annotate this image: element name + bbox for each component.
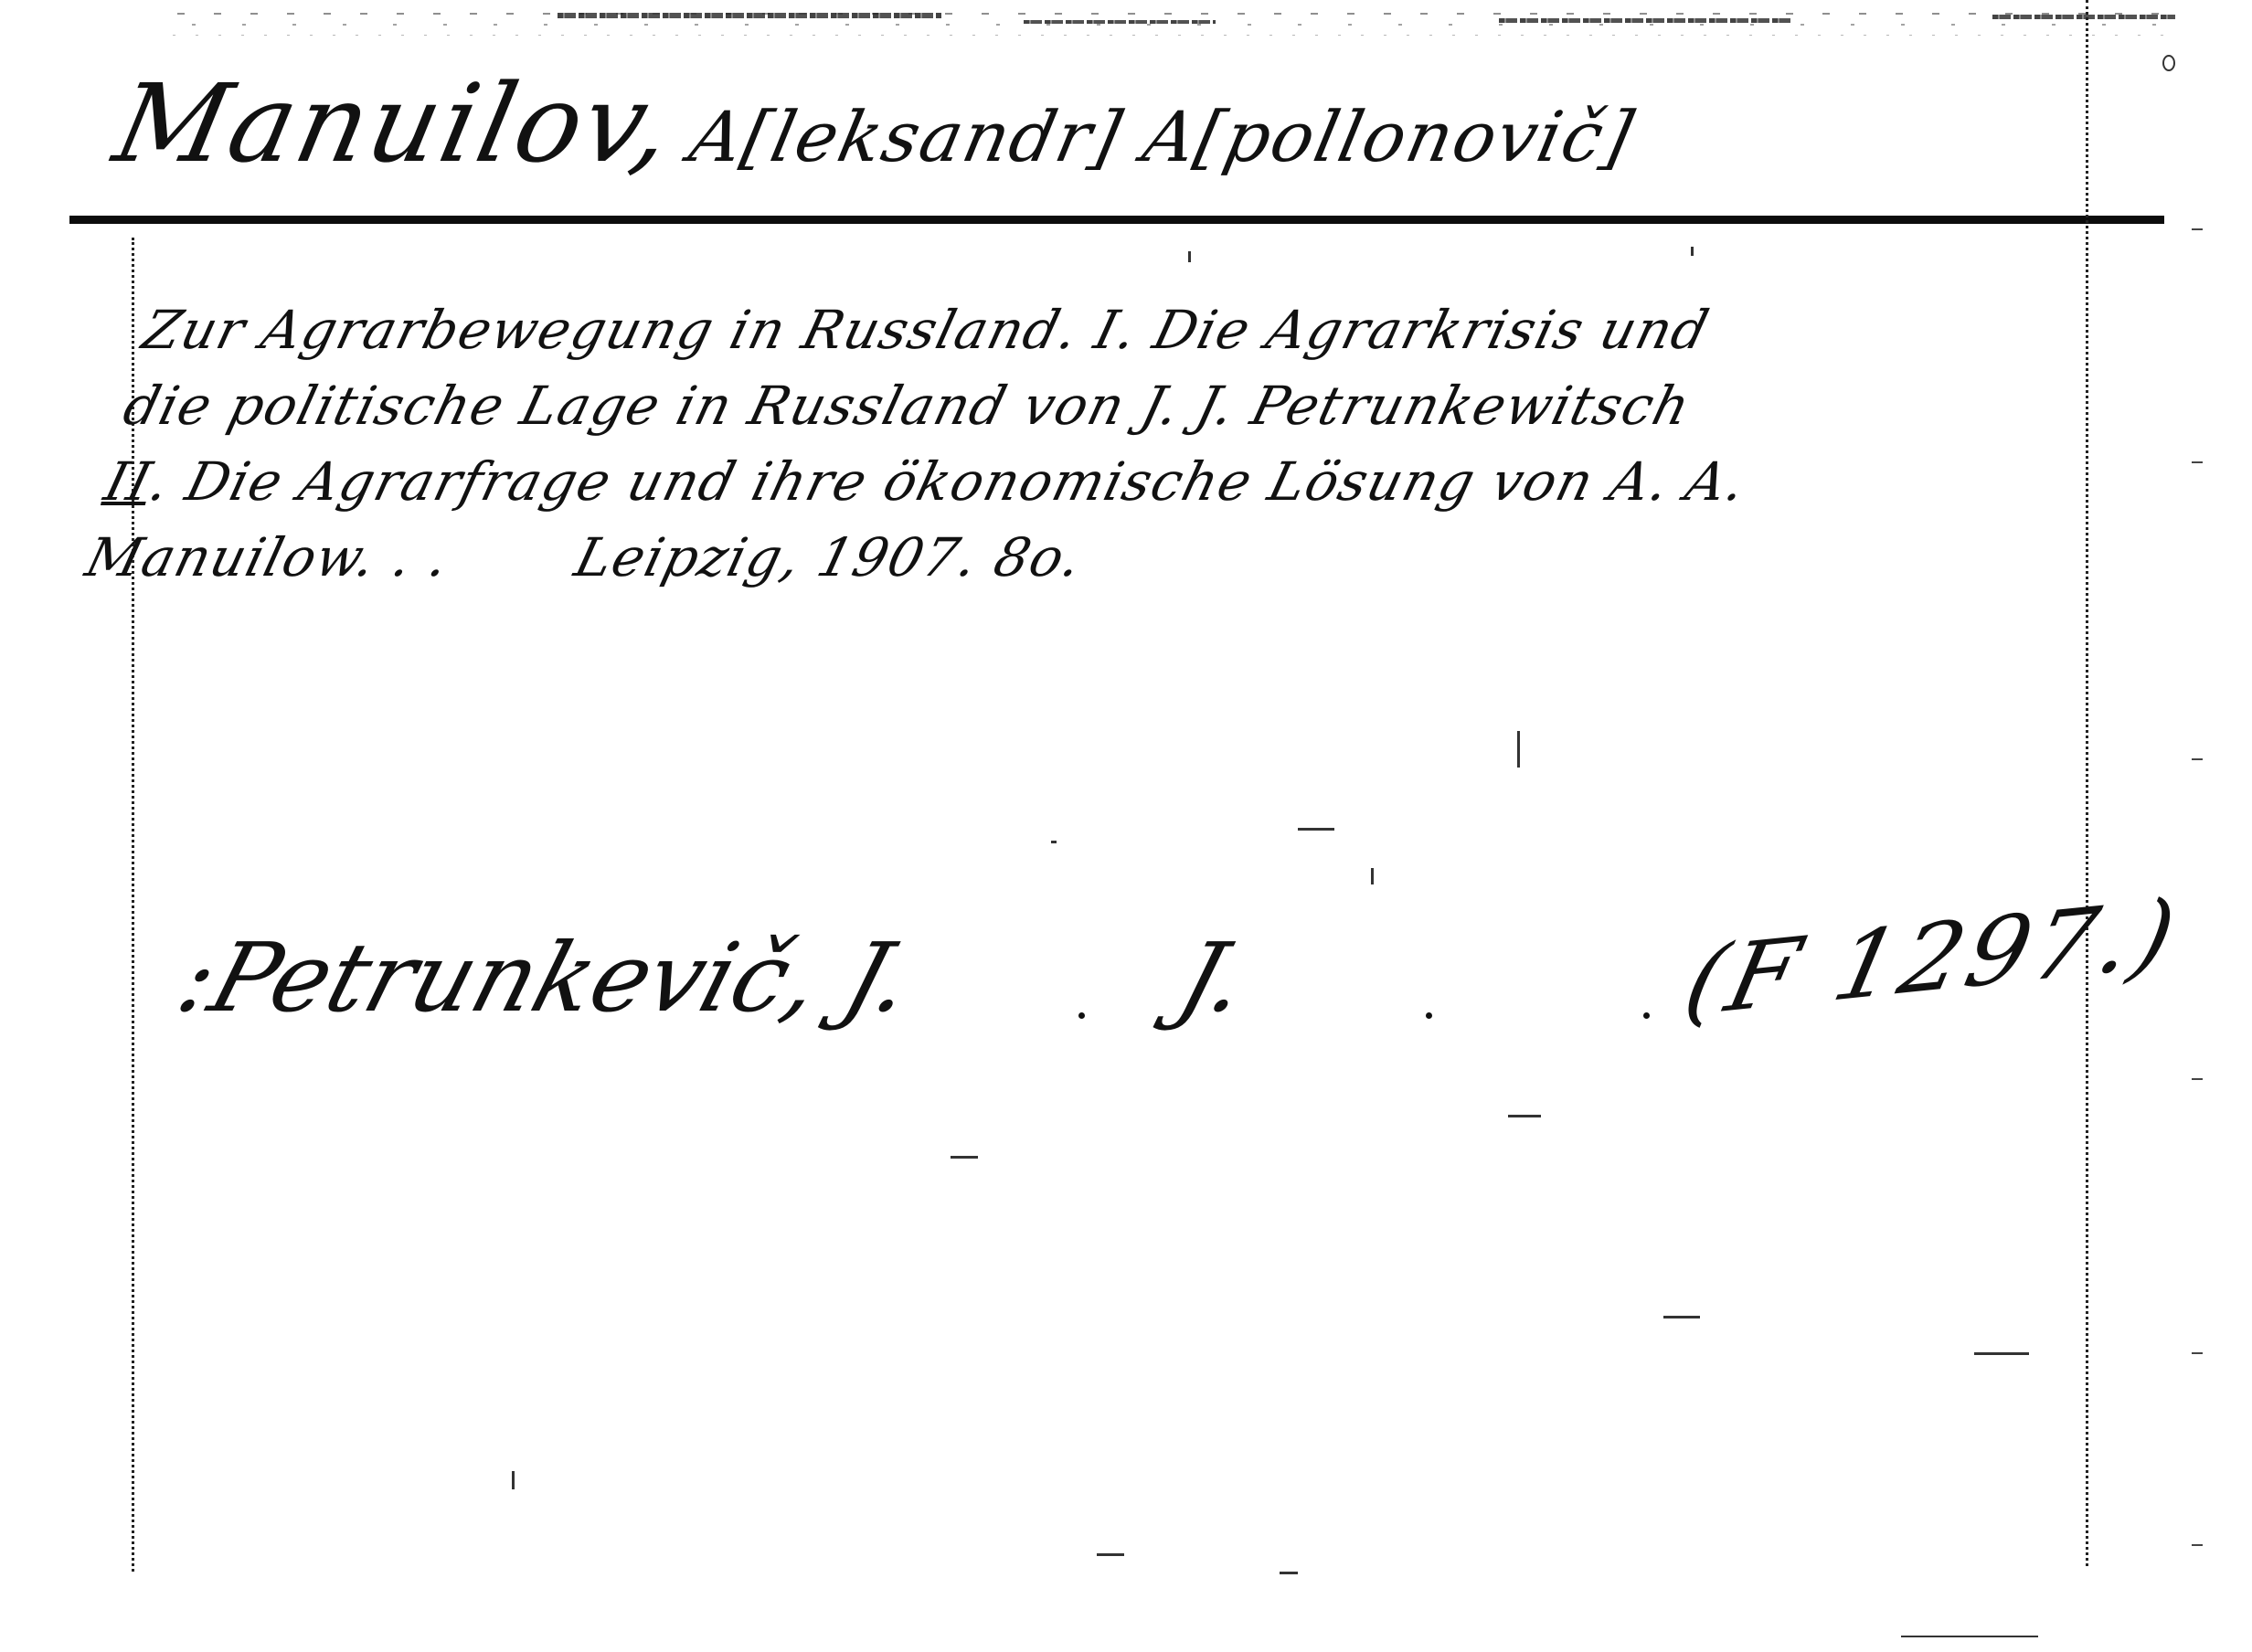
scan-speck	[512, 1471, 515, 1489]
title-line-3: II. Die Agrarfrage und ihre ökonomische …	[97, 444, 2035, 520]
catalog-card: Manuilov,A[leksandr] A[pollonovič] Zur A…	[0, 0, 2252, 1652]
added-entry: :Petrunkevič, J.J.	[163, 909, 1264, 1046]
scan-speck	[1051, 841, 1057, 843]
edge-mark	[2192, 1352, 2203, 1354]
edge-mark	[2192, 1078, 2203, 1080]
scan-speck	[1097, 1553, 1124, 1556]
scan-speck	[1508, 1115, 1541, 1117]
scan-noise-top	[165, 7, 2175, 44]
added-entry-second-initial: J.	[1167, 922, 1260, 1033]
call-number: (F 1297.)	[1673, 864, 2192, 1051]
scan-speck	[1371, 868, 1374, 884]
right-margin-rule	[2086, 0, 2088, 1566]
scan-speck	[1974, 1352, 2029, 1355]
scan-noise-strip	[1499, 18, 1791, 23]
edge-mark	[2192, 461, 2203, 463]
imprint-place-date: Leipzig, 1907. 8o.	[568, 526, 1089, 588]
heading-rule	[69, 216, 2164, 224]
hole-mark	[2162, 55, 2175, 71]
heading-surname: Manuilov,	[104, 60, 685, 186]
edge-mark	[2192, 228, 2203, 230]
scan-speck	[1901, 1636, 2038, 1637]
scan-speck	[1280, 1572, 1298, 1574]
scan-speck	[1298, 828, 1334, 831]
title-line-3-text: . Die Agrarfrage und ihre ökonomische Lö…	[143, 450, 1753, 513]
leader-dot	[1078, 1012, 1085, 1019]
scan-speck	[1663, 1316, 1700, 1318]
title-entry: Zur Agrarbewegung in Russland. I. Die Ag…	[78, 292, 2073, 596]
scan-noise-strip	[1024, 20, 1216, 24]
scan-speck	[1517, 731, 1520, 768]
edge-mark	[2192, 1544, 2203, 1546]
leader-dot	[1643, 1012, 1650, 1019]
imprint-line: Manuilow. . .Leipzig, 1907. 8o.	[78, 520, 2016, 596]
imprint-author: Manuilow. . .	[80, 526, 456, 588]
leader-dot	[1426, 1012, 1432, 1019]
scan-speck	[1188, 251, 1191, 262]
edge-mark	[2192, 758, 2203, 760]
scan-noise-strip	[558, 13, 941, 18]
card-heading: Manuilov,A[leksandr] A[pollonovič]	[101, 55, 1650, 206]
title-line-2: die politische Lage in Russland von J. J…	[116, 368, 2055, 444]
scan-speck	[1691, 247, 1694, 256]
scan-noise-strip	[1992, 15, 2175, 19]
heading-given-names: A[leksandr] A[pollonovič]	[683, 96, 1641, 177]
added-entry-name: :Petrunkevič, J.	[166, 922, 925, 1033]
title-line-1: Zur Agrarbewegung in Russland. I. Die Ag…	[134, 292, 2073, 368]
scan-speck	[951, 1156, 978, 1159]
